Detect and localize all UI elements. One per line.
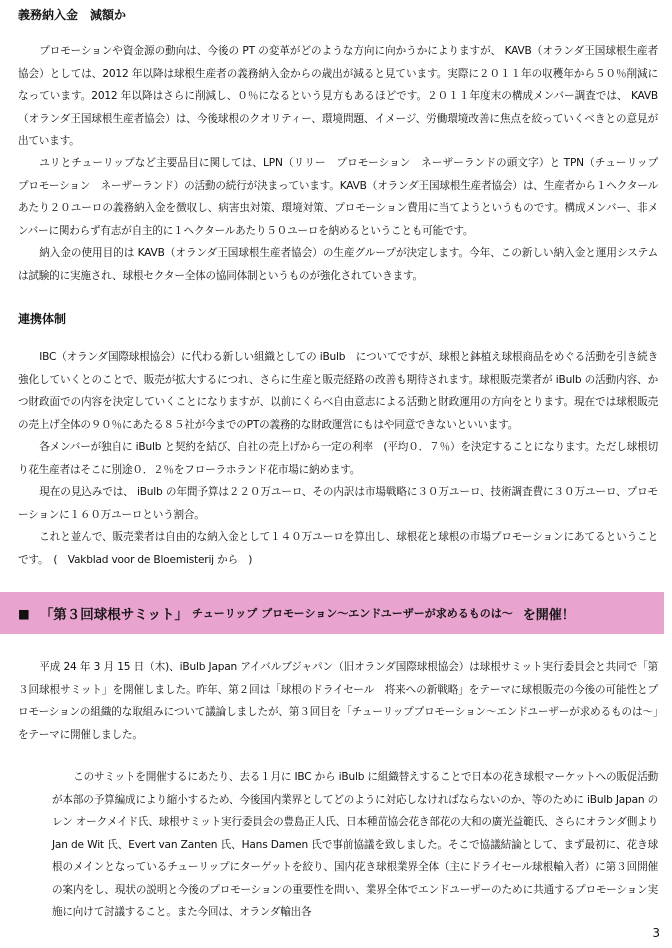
banner-tail: を開催！: [523, 604, 575, 623]
paragraph: このサミットを開催するにあたり、去る１月に IBC から iBulb に組織替え…: [52, 766, 658, 924]
section-heading-cooperation: 連携体制: [18, 310, 66, 327]
banner-title: 「第３回球根サミット」: [40, 603, 188, 623]
section-heading-mandatory-levy: 義務納入金 減額か: [18, 6, 126, 23]
paragraph: 平成 24 年 3 月 15 日（木)、iBulb Japan アイバルブジャパ…: [18, 656, 658, 746]
square-bullet-icon: ■: [18, 606, 30, 621]
paragraph: ユリとチューリップなど主要品目に関しては、LPN（リリー プロモーション ネーザ…: [18, 152, 658, 242]
summit-banner: ■ 「第３回球根サミット」 チューリップ プロモーション～エンドユーザーが求める…: [0, 592, 664, 634]
paragraph: IBC（オランダ国際球根協会）に代わる新しい組織としての iBulb についてで…: [18, 346, 658, 436]
paragraph: 各メンバーが独自に iBulb と契約を結び、自社の売上げから一定の利率 (平均…: [18, 436, 658, 481]
paragraph: 納入金の使用目的は KAVB（オランダ王国球根生産者協会）の生産グループが決定し…: [18, 242, 658, 287]
paragraph: 現在の見込みでは、 iBulb の年間予算は２２０万ユーロ、その内訳は市場戦略に…: [18, 481, 658, 526]
paragraph: プロモーションや資金源の動向は、今後の PT の変革がどのような方向に向かうかに…: [18, 40, 658, 153]
banner-subtitle: チューリップ プロモーション～エンドユーザーが求めるものは～: [192, 605, 513, 621]
paragraph: これと並んで、販売業者は自由的な納入金として１４０万ユーロを算出し、球根花と球根…: [18, 526, 658, 571]
page-number: 3: [652, 926, 660, 940]
